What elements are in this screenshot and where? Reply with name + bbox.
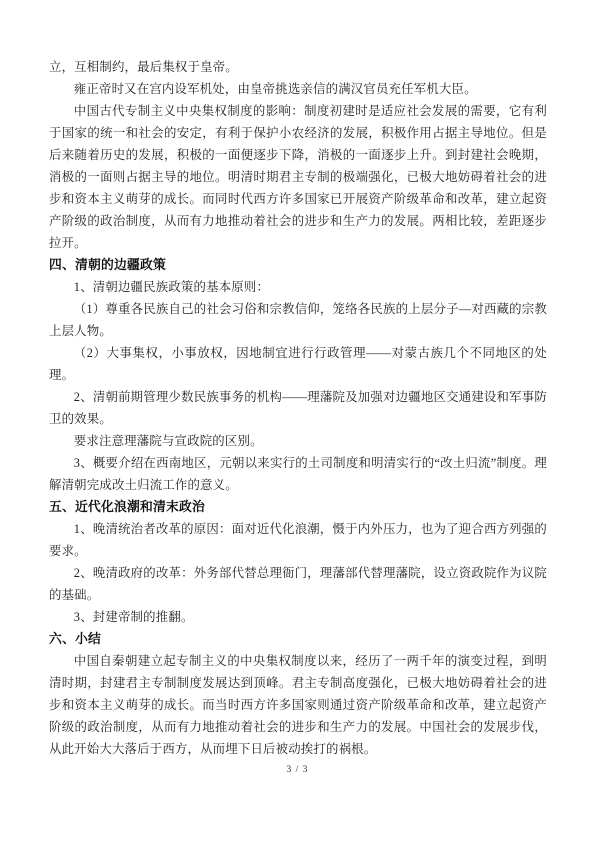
list-item: 2、晚清政府的改革：外务部代替总理衙门，理藩部代替理藩院，设立资政院作为议院的基… (49, 562, 547, 606)
paragraph: 雍正帝时又在宫内设军机处，由皇帝挑选亲信的满汉官员充任军机大臣。 (49, 78, 547, 100)
list-item: 3、概要介绍在西南地区，元朝以来实行的土司制度和明清实行的“改土归流”制度。理解… (49, 452, 547, 496)
document-page: 立，互相制约，最后集权于皇帝。 雍正帝时又在宫内设军机处，由皇帝挑选亲信的满汉官… (0, 0, 595, 841)
list-item: 2、清朝前期管理少数民族事务的机构——理藩院及加强对边疆地区交通建设和军事防卫的… (49, 386, 547, 430)
page-number: 3 / 3 (0, 763, 595, 777)
paragraph: 中国古代专制主义中央集权制度的影响：制度初建时是适应社会发展的需要，它有利于国家… (49, 100, 547, 254)
section-6-heading: 六、小结 (49, 628, 547, 650)
list-item: 1、清朝边疆民族政策的基本原则： (49, 276, 547, 298)
list-item: （2）大事集权，小事放权，因地制宜进行行政管理——对蒙古族几个不同地区的处理。 (49, 342, 547, 386)
paragraph: 要求注意理藩院与宣政院的区别。 (49, 430, 547, 452)
section-5-heading: 五、近代化浪潮和清末政治 (49, 496, 547, 518)
document-body: 立，互相制约，最后集权于皇帝。 雍正帝时又在宫内设军机处，由皇帝挑选亲信的满汉官… (49, 56, 547, 760)
list-item: 3、封建帝制的推翻。 (49, 606, 547, 628)
section-4-heading: 四、清朝的边疆政策 (49, 254, 547, 276)
continuation-paragraph: 立，互相制约，最后集权于皇帝。 (49, 56, 547, 78)
list-item: （1）尊重各民族自己的社会习俗和宗教信仰，笼络各民族的上层分子—对西藏的宗教上层… (49, 298, 547, 342)
list-item: 1、晚清统治者改革的原因：面对近代化浪潮，慑于内外压力，也为了迎合西方列强的要求… (49, 518, 547, 562)
summary-paragraph: 中国自秦朝建立起专制主义的中央集权制度以来，经历了一两千年的演变过程，到明清时期… (49, 650, 547, 760)
